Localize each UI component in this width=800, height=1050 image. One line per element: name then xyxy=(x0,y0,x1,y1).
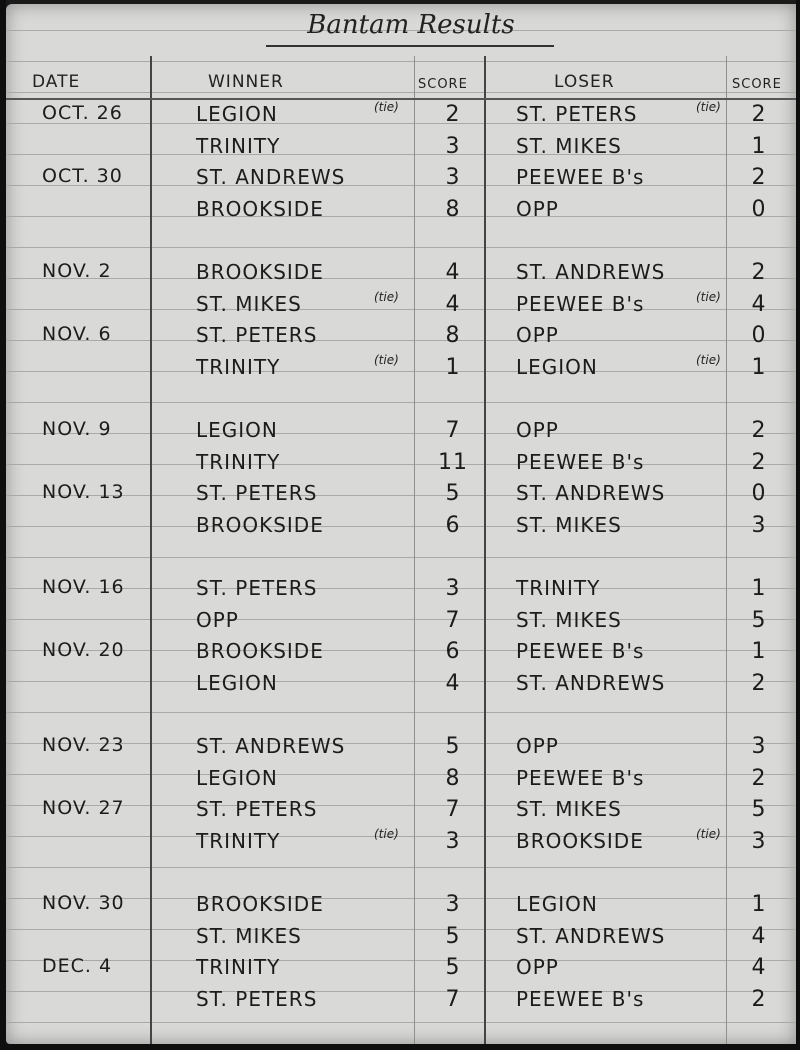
loser-team: OPP xyxy=(516,418,559,442)
winner-score: 5 xyxy=(438,924,468,949)
loser-team: PEEWEE B's xyxy=(516,639,644,663)
winner-team: BROOKSIDE xyxy=(196,639,324,663)
winner-team: ST. PETERS xyxy=(196,481,317,505)
tie-note: (tie) xyxy=(696,827,721,841)
ledger-page: Bantam Results DATE WINNER SCORE LOSER S… xyxy=(6,4,796,1044)
winner-score: 6 xyxy=(438,513,468,538)
loser-score: 1 xyxy=(744,639,774,664)
header-date: DATE xyxy=(32,72,80,92)
header-winner: WINNER xyxy=(208,72,284,92)
loser-team: PEEWEE B's xyxy=(516,292,644,316)
loser-team: ST. ANDREWS xyxy=(516,924,665,948)
loser-team: OPP xyxy=(516,197,559,221)
winner-team: BROOKSIDE xyxy=(196,892,324,916)
tie-note: (tie) xyxy=(374,100,399,114)
ruled-line xyxy=(6,340,796,341)
game-date: NOV. 30 xyxy=(42,892,125,914)
loser-team: OPP xyxy=(516,323,559,347)
loser-team: ST. PETERS xyxy=(516,102,637,126)
loser-score: 2 xyxy=(744,418,774,443)
ruled-line xyxy=(6,960,796,961)
winner-team: TRINITY xyxy=(196,450,280,474)
column-divider xyxy=(726,56,727,1044)
loser-team: PEEWEE B's xyxy=(516,766,644,790)
tie-note: (tie) xyxy=(696,353,721,367)
column-divider xyxy=(414,56,415,1044)
winner-score: 3 xyxy=(438,134,468,159)
winner-score: 7 xyxy=(438,418,468,443)
ruled-line xyxy=(6,991,796,992)
game-date: NOV. 2 xyxy=(42,260,112,282)
winner-score: 3 xyxy=(438,892,468,917)
game-date: OCT. 26 xyxy=(42,102,123,124)
header-loser-score: SCORE xyxy=(732,77,782,92)
winner-score: 8 xyxy=(438,766,468,791)
tie-note: (tie) xyxy=(374,827,399,841)
ruled-line xyxy=(6,774,796,775)
winner-score: 3 xyxy=(438,165,468,190)
loser-team: ST. MIKES xyxy=(516,134,622,158)
loser-team: ST. MIKES xyxy=(516,608,622,632)
loser-score: 4 xyxy=(744,924,774,949)
ruled-line xyxy=(6,371,796,372)
loser-team: PEEWEE B's xyxy=(516,987,644,1011)
loser-team: PEEWEE B's xyxy=(516,165,644,189)
winner-team: LEGION xyxy=(196,766,278,790)
ruled-line xyxy=(6,309,796,310)
game-date: NOV. 13 xyxy=(42,481,125,503)
ruled-line xyxy=(6,681,796,682)
ruled-line xyxy=(6,278,796,279)
loser-team: TRINITY xyxy=(516,576,600,600)
winner-team: BROOKSIDE xyxy=(196,197,324,221)
ruled-line xyxy=(6,526,796,527)
winner-team: TRINITY xyxy=(196,355,280,379)
loser-team: LEGION xyxy=(516,355,598,379)
winner-score: 11 xyxy=(438,450,468,475)
page-edge xyxy=(0,1044,800,1050)
ruled-line xyxy=(6,557,796,558)
ruled-line xyxy=(6,867,796,868)
winner-team: OPP xyxy=(196,608,239,632)
loser-score: 2 xyxy=(744,260,774,285)
winner-score: 7 xyxy=(438,797,468,822)
loser-score: 1 xyxy=(744,134,774,159)
game-date: NOV. 9 xyxy=(42,418,112,440)
winner-team: ST. PETERS xyxy=(196,576,317,600)
loser-team: ST. MIKES xyxy=(516,513,622,537)
winner-team: ST. ANDREWS xyxy=(196,734,345,758)
loser-score: 5 xyxy=(744,797,774,822)
winner-score: 6 xyxy=(438,639,468,664)
loser-team: ST. ANDREWS xyxy=(516,481,665,505)
loser-team: LEGION xyxy=(516,892,598,916)
winner-team: LEGION xyxy=(196,671,278,695)
winner-team: TRINITY xyxy=(196,829,280,853)
loser-score: 2 xyxy=(744,102,774,127)
ruled-line xyxy=(6,123,796,124)
game-date: OCT. 30 xyxy=(42,165,123,187)
winner-score: 8 xyxy=(438,323,468,348)
loser-team: ST. ANDREWS xyxy=(516,260,665,284)
ruled-line xyxy=(6,836,796,837)
loser-score: 2 xyxy=(744,671,774,696)
loser-score: 1 xyxy=(744,576,774,601)
loser-score: 1 xyxy=(744,355,774,380)
tie-note: (tie) xyxy=(696,290,721,304)
loser-score: 3 xyxy=(744,829,774,854)
page-title: Bantam Results xyxy=(266,10,556,40)
ruled-line xyxy=(6,247,796,248)
winner-score: 5 xyxy=(438,734,468,759)
winner-score: 5 xyxy=(438,481,468,506)
loser-team: ST. MIKES xyxy=(516,797,622,821)
loser-score: 4 xyxy=(744,292,774,317)
loser-team: PEEWEE B's xyxy=(516,450,644,474)
loser-score: 2 xyxy=(744,987,774,1012)
page-edge xyxy=(796,0,800,1050)
ruled-line xyxy=(6,402,796,403)
ruled-line xyxy=(6,185,796,186)
loser-score: 3 xyxy=(744,734,774,759)
tie-note: (tie) xyxy=(374,353,399,367)
winner-team: LEGION xyxy=(196,418,278,442)
winner-score: 3 xyxy=(438,576,468,601)
winner-team: BROOKSIDE xyxy=(196,260,324,284)
winner-score: 4 xyxy=(438,292,468,317)
ruled-line xyxy=(6,433,796,434)
header-rule xyxy=(6,98,796,100)
loser-score: 0 xyxy=(744,481,774,506)
header-loser: LOSER xyxy=(554,72,615,92)
winner-score: 2 xyxy=(438,102,468,127)
winner-team: TRINITY xyxy=(196,955,280,979)
ruled-line xyxy=(6,216,796,217)
winner-score: 5 xyxy=(438,955,468,980)
ruled-line xyxy=(6,464,796,465)
winner-team: ST. PETERS xyxy=(196,323,317,347)
game-date: NOV. 6 xyxy=(42,323,112,345)
loser-score: 2 xyxy=(744,450,774,475)
column-divider xyxy=(484,56,486,1044)
winner-score: 1 xyxy=(438,355,468,380)
loser-score: 2 xyxy=(744,766,774,791)
game-date: NOV. 20 xyxy=(42,639,125,661)
winner-score: 3 xyxy=(438,829,468,854)
title-underline xyxy=(266,45,554,47)
tie-note: (tie) xyxy=(374,290,399,304)
ruled-line xyxy=(6,712,796,713)
winner-score: 7 xyxy=(438,608,468,633)
ruled-line xyxy=(6,1022,796,1023)
column-divider xyxy=(150,56,152,1044)
winner-team: ST. PETERS xyxy=(196,797,317,821)
loser-score: 4 xyxy=(744,955,774,980)
loser-score: 5 xyxy=(744,608,774,633)
loser-team: OPP xyxy=(516,955,559,979)
loser-team: ST. ANDREWS xyxy=(516,671,665,695)
tie-note: (tie) xyxy=(696,100,721,114)
winner-score: 4 xyxy=(438,260,468,285)
loser-team: BROOKSIDE xyxy=(516,829,644,853)
ruled-line xyxy=(6,154,796,155)
header-winner-score: SCORE xyxy=(418,77,468,92)
ruled-line xyxy=(6,61,796,62)
loser-score: 1 xyxy=(744,892,774,917)
winner-score: 8 xyxy=(438,197,468,222)
winner-team: LEGION xyxy=(196,102,278,126)
winner-score: 7 xyxy=(438,987,468,1012)
winner-team: ST. MIKES xyxy=(196,924,302,948)
winner-score: 4 xyxy=(438,671,468,696)
game-date: NOV. 27 xyxy=(42,797,125,819)
winner-team: ST. ANDREWS xyxy=(196,165,345,189)
ruled-line xyxy=(6,929,796,930)
loser-score: 0 xyxy=(744,323,774,348)
game-date: NOV. 16 xyxy=(42,576,125,598)
winner-team: ST. MIKES xyxy=(196,292,302,316)
winner-team: TRINITY xyxy=(196,134,280,158)
game-date: DEC. 4 xyxy=(42,955,112,977)
ruled-line xyxy=(6,619,796,620)
loser-score: 0 xyxy=(744,197,774,222)
winner-team: ST. PETERS xyxy=(196,987,317,1011)
loser-team: OPP xyxy=(516,734,559,758)
game-date: NOV. 23 xyxy=(42,734,125,756)
loser-score: 2 xyxy=(744,165,774,190)
ruled-line xyxy=(6,92,796,93)
winner-team: BROOKSIDE xyxy=(196,513,324,537)
loser-score: 3 xyxy=(744,513,774,538)
